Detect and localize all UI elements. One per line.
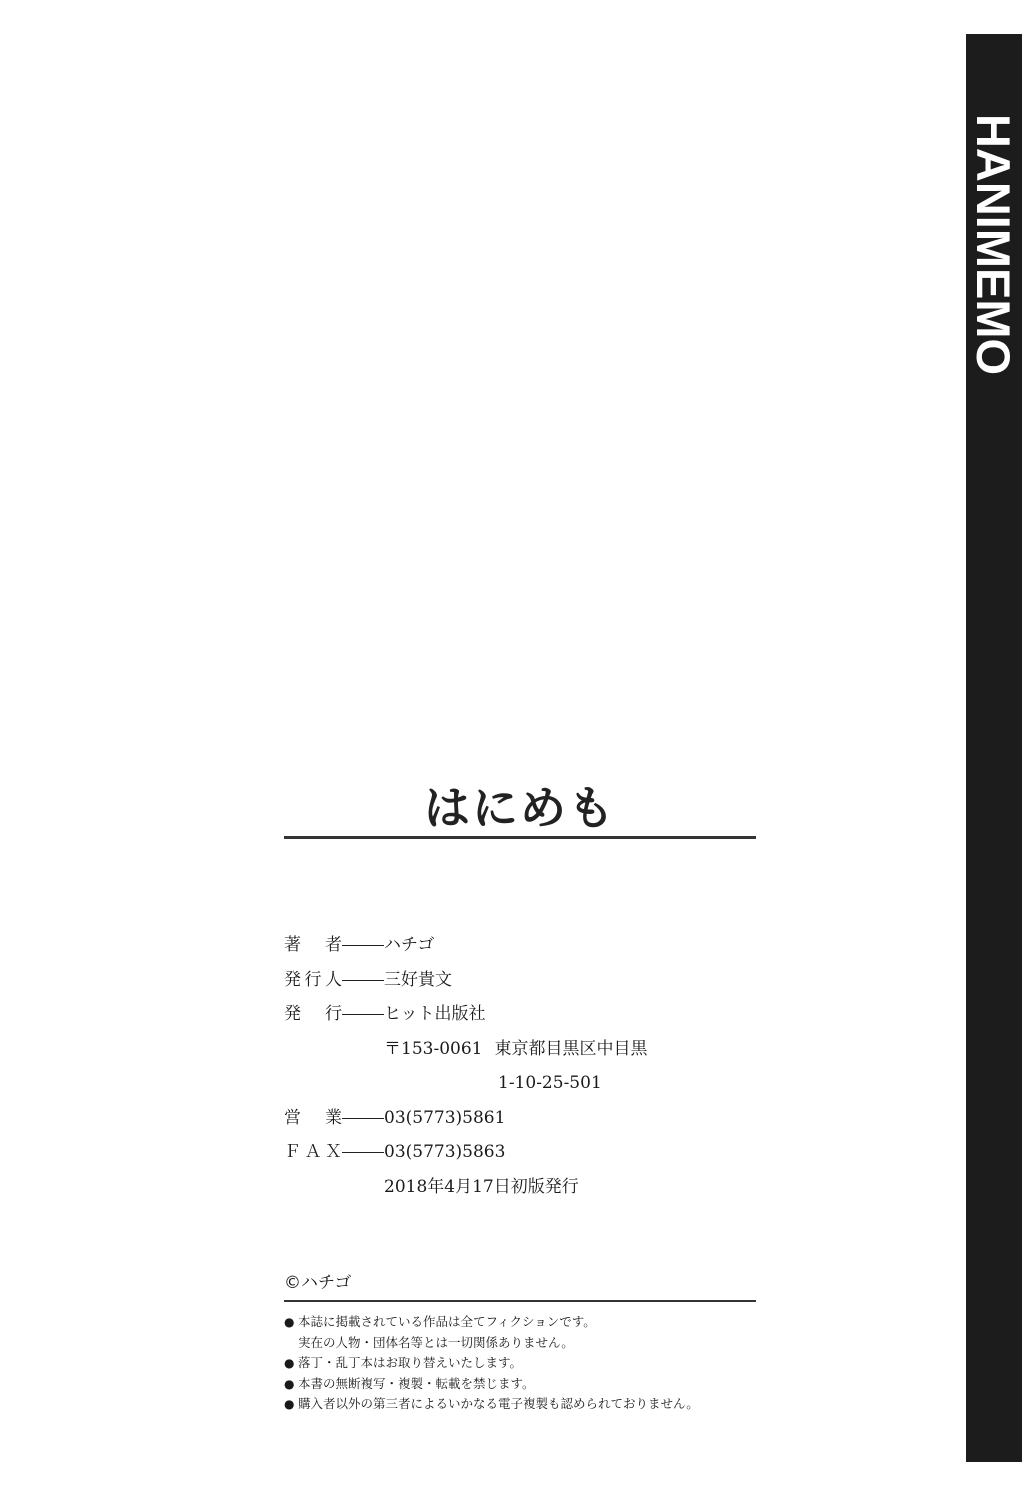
sales-phone: 03(5773)5861 xyxy=(384,1101,505,1136)
author-row: 著 者 ハチゴ xyxy=(284,928,744,963)
publication-date: 2018年4月17日初版発行 xyxy=(384,1170,579,1205)
postal-code: 〒153-0061 xyxy=(384,1032,482,1067)
publisher-label: 発 行 xyxy=(284,997,342,1032)
notice-item: ● 購入者以外の第三者によるいかなる電子複製も認められておりません。 xyxy=(284,1394,764,1415)
bullet-icon: ● xyxy=(284,1353,298,1374)
notice-item: ● 落丁・乱丁本はお取り替えいたします。 xyxy=(284,1353,764,1374)
publisher-row: 発 行 ヒット出版社 xyxy=(284,997,744,1032)
date-row: 2018年4月17日初版発行 xyxy=(284,1170,744,1205)
fax-row: ＦＡＸ 03(5773)5863 xyxy=(284,1135,744,1170)
author-value: ハチゴ xyxy=(384,928,434,963)
dash xyxy=(342,1101,384,1136)
copyright-divider xyxy=(284,1300,756,1302)
publisher-person-value: 三好貴文 xyxy=(384,963,452,998)
copyright: ©ハチゴ xyxy=(284,1268,351,1293)
book-title: はにめも xyxy=(284,772,756,838)
colophon: 著 者 ハチゴ 発行人 三好貴文 発 行 ヒット出版社 〒153-0061 東京… xyxy=(284,928,744,1204)
author-label: 著 者 xyxy=(284,928,342,963)
bullet-icon: ● xyxy=(284,1394,298,1415)
dash xyxy=(342,963,384,998)
dash xyxy=(342,997,384,1032)
dash xyxy=(342,928,384,963)
address-street-row: 1-10-25-501 xyxy=(284,1066,744,1101)
spine-title-text: HANIMEMO xyxy=(971,113,1018,374)
notice-item: ● 本書の無断複写・複製・転載を禁じます。 xyxy=(284,1374,764,1395)
bullet-icon: ● xyxy=(284,1312,298,1333)
publisher-person-label: 発行人 xyxy=(284,963,342,998)
sales-label: 営 業 xyxy=(284,1101,342,1136)
bullet-icon: ● xyxy=(284,1374,298,1395)
address-row: 〒153-0061 東京都目黒区中目黒 xyxy=(284,1032,744,1067)
address-city: 東京都目黒区中目黒 xyxy=(494,1032,647,1067)
notices: ● 本誌に掲載されている作品は全てフィクションです。 実在の人物・団体名等とは一… xyxy=(284,1312,764,1415)
spine-title: HANIMEMO xyxy=(966,54,1022,434)
fax-label: ＦＡＸ xyxy=(284,1135,342,1170)
address-street: 1-10-25-501 xyxy=(498,1066,602,1101)
notice-item-continued: 実在の人物・団体名等とは一切関係ありません。 xyxy=(284,1333,764,1354)
publisher-person-row: 発行人 三好貴文 xyxy=(284,963,744,998)
notice-item: ● 本誌に掲載されている作品は全てフィクションです。 xyxy=(284,1312,764,1333)
publisher-value: ヒット出版社 xyxy=(384,997,486,1032)
sales-row: 営 業 03(5773)5861 xyxy=(284,1101,744,1136)
title-divider xyxy=(284,836,756,839)
fax-number: 03(5773)5863 xyxy=(384,1135,505,1170)
spine-bar: HANIMEMO xyxy=(966,34,1022,1462)
dash xyxy=(342,1135,384,1170)
